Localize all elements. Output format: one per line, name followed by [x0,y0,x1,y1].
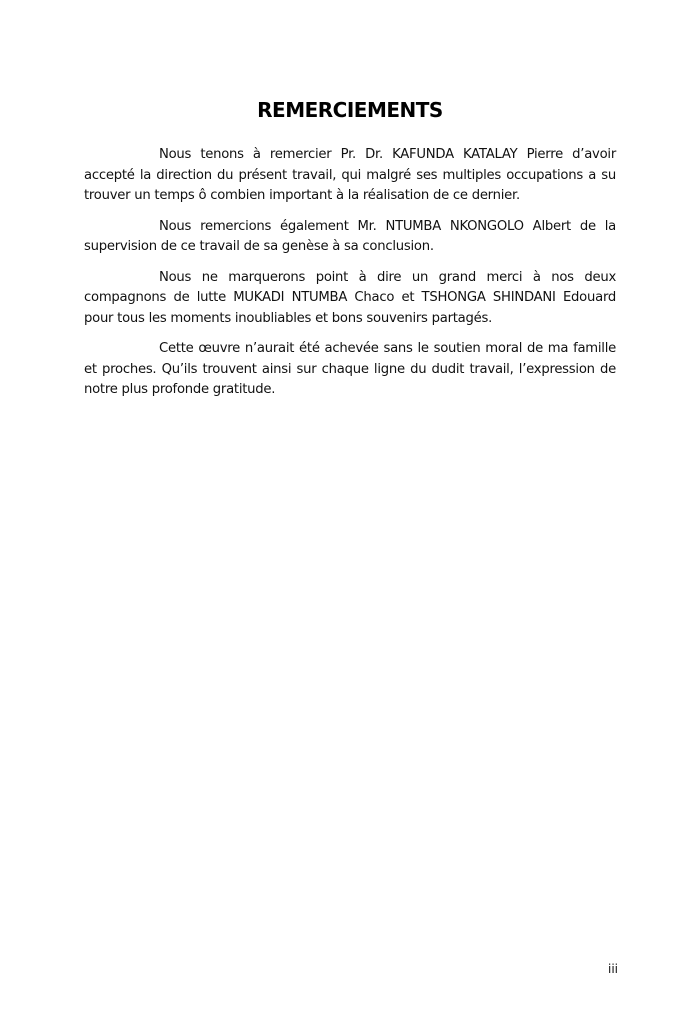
page-number: iii [598,962,618,976]
paragraph-supervisor: Nous tenons à remercier Pr. Dr. KAFUNDA … [84,145,616,207]
paragraph-family: Cette œuvre n’aurait été achevée sans le… [84,339,616,401]
paragraph-companions: Nous ne marquerons point à dire un grand… [84,268,616,330]
document-page: REMERCIEMENTS Nous tenons à remercier Pr… [0,0,700,1028]
acknowledgements-body: Nous tenons à remercier Pr. Dr. KAFUNDA … [84,145,616,411]
paragraph-cosupervisor: Nous remercions également Mr. NTUMBA NKO… [84,217,616,258]
page-title: REMERCIEMENTS [0,98,700,122]
